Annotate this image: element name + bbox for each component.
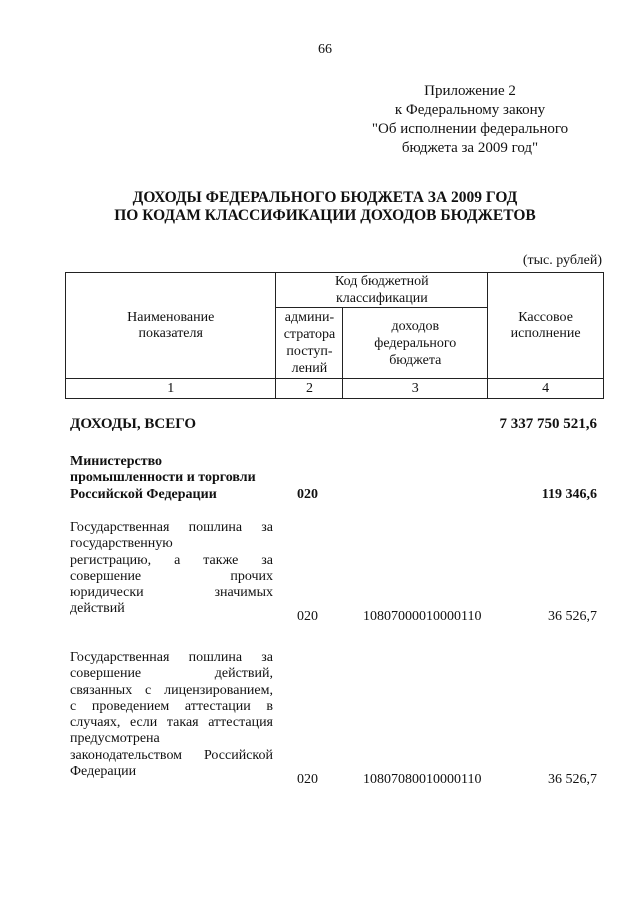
title-line-2: ПО КОДАМ КЛАССИФИКАЦИИ ДОХОДОВ БЮДЖЕТОВ <box>60 207 590 225</box>
row-name-line: действий <box>70 601 273 617</box>
row-name-line: государственную <box>70 536 273 552</box>
row-name-line: Российской Федерации <box>70 487 273 503</box>
row-name-line: случаях, если такая аттестация <box>70 715 273 731</box>
row-name-line: связанных с лицензированием, <box>70 683 273 699</box>
header-text: Наименование <box>66 310 275 326</box>
header-text: Кассовое <box>488 310 603 326</box>
header-amount-column: Кассовое исполнение <box>488 273 604 379</box>
header-admin-column: админи- стратора поступ- лений <box>276 308 343 379</box>
row-name-line: с проведением аттестации в <box>70 699 273 715</box>
row-name: ДОХОДЫ, ВСЕГО <box>70 416 273 432</box>
header-code-group: Код бюджетной классификации <box>276 273 488 308</box>
header-text: доходов <box>343 318 487 335</box>
row-name: Министерство промышленности и торговли Р… <box>70 454 273 503</box>
row-name-line: Федерации <box>70 764 273 780</box>
page-number-text: 66 <box>318 42 332 58</box>
column-number-2: 2 <box>276 379 343 399</box>
row-name-line: совершение прочих <box>70 569 273 585</box>
row-amount: 36 526,7 <box>548 609 597 625</box>
row-name-line: совершение действий, <box>70 666 273 682</box>
row-name-line: Государственная пошлина за <box>70 520 273 536</box>
header-text: федерального <box>343 335 487 352</box>
appendix-line: "Об исполнении федерального <box>350 120 590 139</box>
header-text: лений <box>276 360 342 377</box>
row-admin-code: 020 <box>297 772 318 788</box>
units-label: (тыс. рублей) <box>523 253 602 269</box>
row-budget-code: 10807000010000110 <box>363 609 481 625</box>
appendix-line: Приложение 2 <box>350 82 590 101</box>
appendix-line: к Федеральному закону <box>350 101 590 120</box>
row-amount: 7 337 750 521,6 <box>500 416 598 433</box>
row-amount: 36 526,7 <box>548 772 597 788</box>
title-line-1: ДОХОДЫ ФЕДЕРАЛЬНОГО БЮДЖЕТА ЗА 2009 ГОД <box>60 189 590 207</box>
header-text: классификации <box>276 290 487 307</box>
row-name-line: юридически значимых <box>70 585 273 601</box>
header-text: админи- <box>276 309 342 326</box>
header-text: поступ- <box>276 343 342 360</box>
row-name-line: законодательством Российской <box>70 748 273 764</box>
column-number-3: 3 <box>343 379 488 399</box>
header-code-column: доходов федерального бюджета <box>343 308 488 379</box>
table-header: Наименование показателя Код бюджетной кл… <box>65 272 604 399</box>
row-amount: 119 346,6 <box>542 487 597 503</box>
row-name-line: предусмотрена <box>70 731 273 747</box>
header-text: стратора <box>276 326 342 343</box>
header-text: показателя <box>66 326 275 342</box>
appendix-note: Приложение 2 к Федеральному закону "Об и… <box>350 82 590 158</box>
header-name-column: Наименование показателя <box>66 273 276 379</box>
header-text: Код бюджетной <box>276 273 487 290</box>
row-name-line: промышленности и торговли <box>70 470 273 486</box>
row-name-line: Государственная пошлина за <box>70 650 273 666</box>
header-text: бюджета <box>343 352 487 369</box>
header-text: исполнение <box>488 326 603 342</box>
appendix-line: бюджета за 2009 год" <box>350 139 590 158</box>
row-admin-code: 020 <box>297 487 318 503</box>
column-number-4: 4 <box>488 379 604 399</box>
row-name: Государственная пошлина за государственн… <box>70 520 273 618</box>
row-admin-code: 020 <box>297 609 318 625</box>
column-number-1: 1 <box>66 379 276 399</box>
row-name-line: регистрацию, а также за <box>70 553 273 569</box>
row-name: Государственная пошлина за совершение де… <box>70 650 273 780</box>
row-name-line: Министерство <box>70 454 273 470</box>
row-budget-code: 10807080010000110 <box>363 772 481 788</box>
document-title: ДОХОДЫ ФЕДЕРАЛЬНОГО БЮДЖЕТА ЗА 2009 ГОД … <box>60 189 590 225</box>
